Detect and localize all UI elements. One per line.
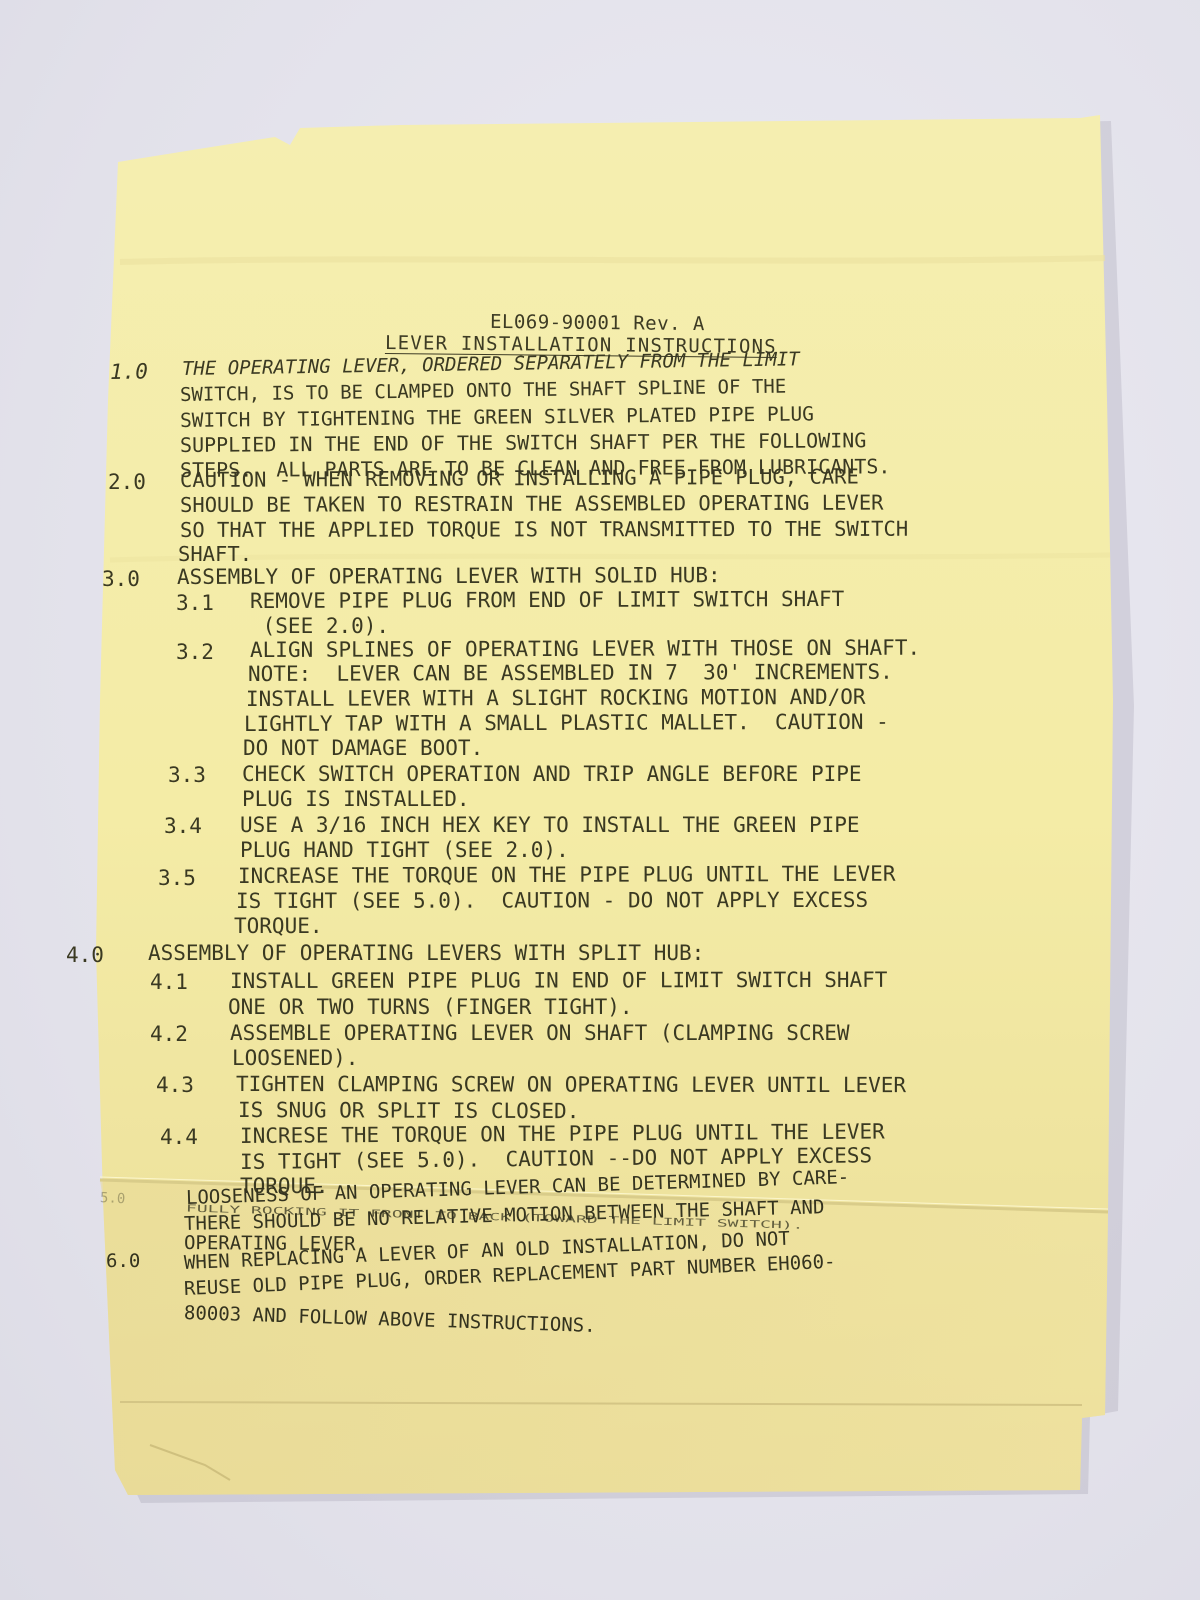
step-line: INCREASE THE TORQUE ON THE PIPE PLUG UNT…	[238, 862, 896, 888]
step-line: USE A 3/16 INCH HEX KEY TO INSTALL THE G…	[240, 813, 860, 837]
section-heading: ASSEMBLY OF OPERATING LEVER WITH SOLID H…	[177, 563, 721, 589]
section-line: SUPPLIED IN THE END OF THE SWITCH SHAFT …	[180, 428, 866, 457]
doc-number: EL069-90001 Rev. A	[490, 313, 705, 334]
step-line: REMOVE PIPE PLUG FROM END OF LIMIT SWITC…	[250, 587, 844, 613]
section-number: 2.0	[108, 470, 146, 494]
section-number: 1.0	[110, 359, 148, 384]
step-line: TIGHTEN CLAMPING SCREW ON OPERATING LEVE…	[236, 1072, 906, 1097]
step-line: IS TIGHT (SEE 5.0). CAUTION - DO NOT APP…	[236, 888, 868, 913]
step-line: (SEE 2.0).	[250, 614, 389, 638]
step-line: TORQUE.	[234, 914, 323, 938]
step-number: 3.4	[164, 814, 202, 838]
step-number: 4.2	[150, 1022, 188, 1046]
step-line: NOTE: LEVER CAN BE ASSEMBLED IN 7 30' IN…	[248, 660, 893, 686]
step-line: PLUG HAND TIGHT (SEE 2.0).	[240, 838, 569, 862]
step-line: ONE OR TWO TURNS (FINGER TIGHT).	[228, 995, 633, 1019]
step-line: PLUG IS INSTALLED.	[242, 787, 470, 811]
step-line: INSTALL LEVER WITH A SLIGHT ROCKING MOTI…	[246, 685, 866, 711]
step-line: INSTALL GREEN PIPE PLUG IN END OF LIMIT …	[230, 968, 887, 993]
section-heading: ASSEMBLY OF OPERATING LEVERS WITH SPLIT …	[148, 941, 704, 965]
step-number: 3.1	[176, 591, 214, 615]
step-number: 4.1	[150, 970, 188, 994]
paper-shape	[0, 0, 1200, 1600]
step-line: IS SNUG OR SPLIT IS CLOSED.	[238, 1098, 579, 1123]
section-number: 5.0	[100, 1190, 126, 1207]
section-number: 3.0	[102, 567, 140, 591]
step-number: 4.3	[156, 1073, 194, 1097]
step-line: LOOSENED).	[232, 1046, 358, 1070]
step-line: DO NOT DAMAGE BOOT.	[243, 736, 483, 760]
section-number: 6.0	[106, 1250, 140, 1272]
paper-sheet: EL069-90001 Rev. A LEVER INSTALLATION IN…	[0, 0, 1200, 1600]
section-line: SO THAT THE APPLIED TORQUE IS NOT TRANSM…	[180, 517, 908, 542]
section-line: SHOULD BE TAKEN TO RESTRAIN THE ASSEMBLE…	[180, 491, 884, 517]
step-line: CHECK SWITCH OPERATION AND TRIP ANGLE BE…	[242, 762, 862, 786]
section-line: CAUTION - WHEN REMOVING OR INSTALLING A …	[180, 464, 859, 492]
step-number: 3.5	[158, 866, 196, 890]
step-number: 4.4	[160, 1125, 198, 1149]
section-number: 4.0	[66, 943, 104, 967]
step-line: LIGHTLY TAP WITH A SMALL PLASTIC MALLET.…	[244, 710, 889, 736]
step-line: ASSEMBLE OPERATING LEVER ON SHAFT (CLAMP…	[230, 1021, 850, 1045]
step-number: 3.3	[168, 763, 206, 787]
step-line: ALIGN SPLINES OF OPERATING LEVER WITH TH…	[250, 636, 920, 662]
step-number: 3.2	[176, 640, 214, 664]
section-line: SHAFT.	[178, 542, 252, 566]
